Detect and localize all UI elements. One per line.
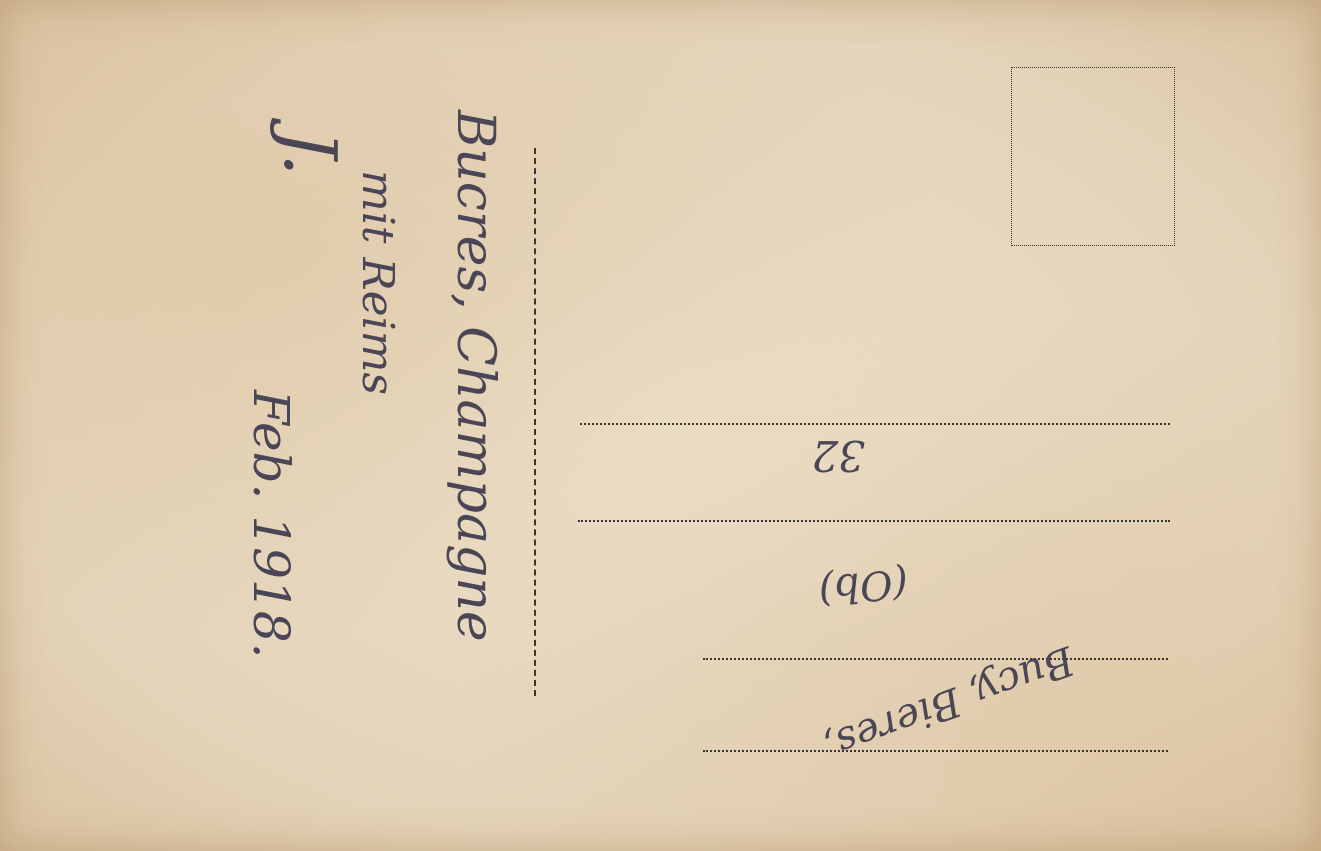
postcard-back: Bucres, Champagne mit Reims J. Feb. 1918… — [0, 0, 1321, 851]
address-number: 32 — [812, 431, 865, 480]
address-line-1 — [580, 423, 1170, 425]
message-line-1: Bucres, Champagne — [445, 110, 505, 642]
message-line-2: mit Reims — [352, 170, 403, 395]
message-date: Feb. 1918. — [242, 390, 300, 658]
address-line-2 — [578, 520, 1170, 522]
address-region: (Ob) — [817, 559, 910, 613]
stamp-placeholder-box — [1011, 67, 1175, 246]
signature: J. — [268, 130, 352, 176]
center-divider-line — [534, 148, 536, 696]
address-line-3 — [703, 658, 1168, 660]
address-line-4 — [703, 750, 1168, 752]
